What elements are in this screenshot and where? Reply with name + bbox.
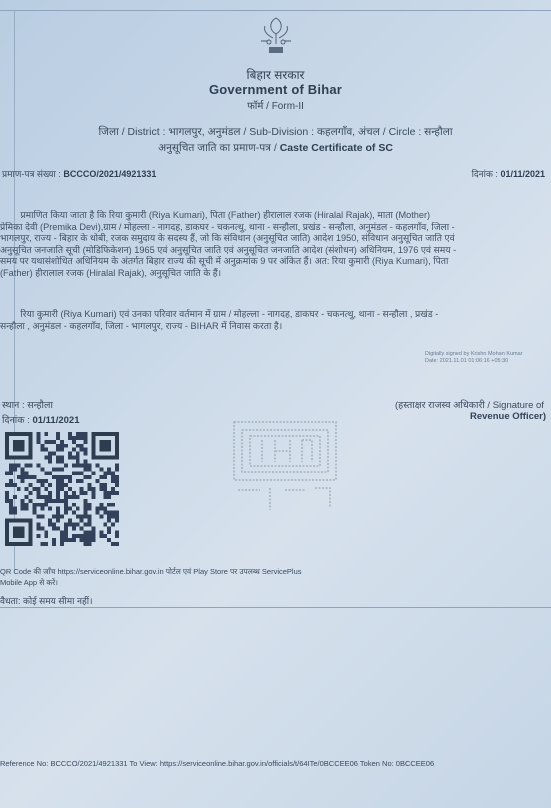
official-seal-watermark-icon	[230, 418, 340, 518]
digital-signature-signer: Digitally signed by Krishn Mohan Kumar	[425, 351, 523, 358]
certificate-number-value: BCCCO/2021/4921331	[63, 169, 156, 179]
qr-note-line: Mobile App से करें।	[0, 577, 302, 588]
issue-date: दिनांक : 01/11/2021	[2, 413, 80, 426]
district-label: जिला / District :	[98, 126, 165, 138]
paper-edge	[0, 10, 551, 11]
bihar-state-emblem-icon	[255, 14, 297, 56]
jurisdiction-line: जिला / District : भागलपुर, अनुमंडल / Sub…	[0, 125, 551, 139]
hindi-government-title: बिहार सरकार	[0, 66, 551, 83]
certificate-title-hindi: अनुसूचित जाति का प्रमाण-पत्र /	[158, 142, 277, 154]
certificate-number: प्रमाण-पत्र संख्या : BCCCO/2021/4921331	[2, 167, 156, 180]
paragraph-line: सन्हौला , अनुमंडल - कहलगाँव, जिला - भागल…	[0, 321, 551, 333]
qr-verification-note: QR Code की जाँच https://serviceonline.bi…	[0, 566, 302, 588]
certificate-date: दिनांक : 01/11/2021	[472, 167, 545, 180]
qr-note-line: QR Code की जाँच https://serviceonline.bi…	[0, 566, 302, 577]
certification-paragraph: प्रमाणित किया जाता है कि रिया कुमारी (Ri…	[0, 210, 551, 280]
issue-place: स्थान : सन्हौला	[2, 398, 53, 411]
paragraph-line: प्रेमिका देवी (Premika Devi),ग्राम / मोह…	[0, 222, 551, 234]
validity-note: वैधता: कोई समय सीमा नहीं।	[0, 594, 93, 607]
circle-label: अंचल / Circle :	[358, 126, 421, 138]
divider	[0, 607, 551, 608]
digital-signature-block: Digitally signed by Krishn Mohan Kumar D…	[425, 351, 523, 365]
certificate-date-value: 01/11/2021	[500, 169, 545, 179]
paragraph-line: अनुसूचित जनजाति सूची (मोडिफिकेशन) 1965 ए…	[0, 245, 551, 257]
issue-date-value: 01/11/2021	[32, 415, 79, 426]
paragraph-line: रिया कुमारी (Riya Kumari) एवं उनका परिवा…	[0, 309, 551, 321]
issue-date-label: दिनांक :	[2, 415, 30, 426]
footer-reference: Reference No: BCCCO/2021/4921331 To View…	[0, 759, 434, 768]
issue-place-value: सन्हौला	[27, 400, 53, 411]
signatory-role: Revenue Officer)	[470, 411, 546, 422]
form-title: फॉर्म / Form-II	[0, 98, 551, 112]
residence-paragraph: रिया कुमारी (Riya Kumari) एवं उनका परिवा…	[0, 309, 551, 332]
district-value: भागलपुर,	[168, 126, 204, 138]
certificate-title-english: Caste Certificate of SC	[280, 142, 393, 154]
certificate-title: अनुसूचित जाति का प्रमाण-पत्र / Caste Cer…	[0, 141, 551, 155]
government-title: Government of Bihar	[0, 82, 551, 97]
qr-code-icon[interactable]	[4, 432, 120, 546]
certificate-number-label: प्रमाण-पत्र संख्या :	[2, 169, 61, 179]
signatory-label: (हस्ताक्षर राजस्व अधिकारी / Signature of	[395, 398, 544, 411]
paragraph-line: प्रमाणित किया जाता है कि रिया कुमारी (Ri…	[0, 210, 551, 222]
subdivision-value: कहलगाँव,	[317, 126, 355, 138]
circle-value: सन्हौला	[424, 126, 452, 138]
issue-place-label: स्थान :	[2, 400, 25, 411]
subdivision-label: अनुमंडल / Sub-Division :	[208, 126, 314, 138]
paragraph-line: समय पर यथासंशोधित अधिनियम के अंतर्गत बिह…	[0, 256, 551, 268]
digital-signature-date: Date: 2021.11.01 01:06:16 +05:30	[425, 358, 523, 365]
paragraph-line: (Father) हीरालाल रजक (Hiralal Rajak), अन…	[0, 268, 551, 280]
certificate-date-label: दिनांक :	[472, 169, 498, 179]
paragraph-line: भागलपुर, राज्य - बिहार के धोबी, रजक समुद…	[0, 233, 551, 245]
